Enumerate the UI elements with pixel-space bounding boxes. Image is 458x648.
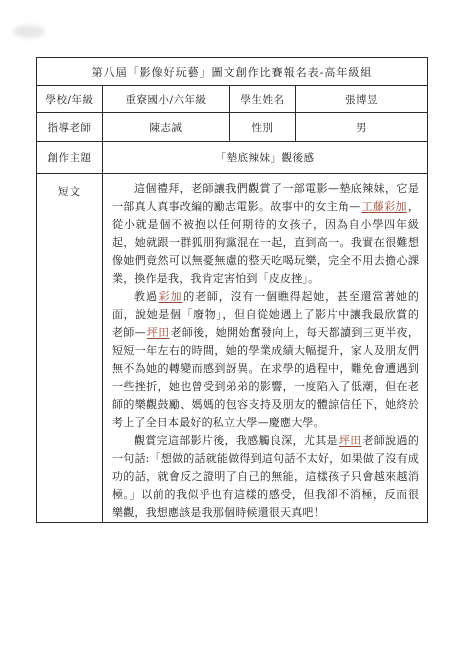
label-advisor-teacher: 指導老師: [37, 113, 103, 142]
form-title: 第八屆「影像好玩藝」圖文創作比賽報名表-高年級組: [37, 58, 428, 86]
scan-artifact-smudge: [13, 25, 45, 38]
label-school-grade: 學校/年級: [37, 86, 103, 113]
essay-text-area: 這個禮拜，老師讓我們觀賞了一部電影—墊底辣妹，它是一部真人真事改編的勵志電影。故…: [103, 174, 428, 523]
highlighted-name: 工藤彩加: [361, 200, 408, 213]
highlighted-name: 坪田: [146, 326, 171, 339]
essay-paragraph: 這個禮拜，老師讓我們觀賞了一部電影—墊底辣妹，它是一部真人真事改編的勵志電影。故…: [112, 180, 419, 288]
label-student-name: 學生姓名: [230, 86, 296, 113]
label-essay: 短文: [37, 174, 103, 523]
value-creation-theme: 「墊底辣妹」觀後感: [103, 142, 428, 174]
essay-text-segment: 教過: [134, 290, 158, 303]
value-student-name: 張博昱: [296, 86, 428, 113]
highlighted-name: 彩加: [158, 290, 184, 303]
title-row: 第八屆「影像好玩藝」圖文創作比賽報名表-高年級組: [37, 58, 428, 86]
essay-row: 短文 這個禮拜，老師讓我們觀賞了一部電影—墊底辣妹，它是一部真人真事改編的勵志電…: [37, 174, 428, 523]
highlighted-name: 坪田: [338, 434, 363, 447]
essay-text-segment: 老師後，她開始奮發向上，每天都讀到三更半夜，短短一年左右的時間，她的學業成績大幅…: [112, 326, 419, 429]
essay-paragraph: 觀賞完這部影片後，我感觸良深，尤其是坪田老師說過的一句話:「想做的話就能做得到這…: [112, 432, 419, 522]
creation-theme-row: 創作主題 「墊底辣妹」觀後感: [37, 142, 428, 174]
teacher-gender-row: 指導老師 陳志誠 性別 男: [37, 113, 428, 142]
label-creation-theme: 創作主題: [37, 142, 103, 174]
essay-paragraph: 教過彩加的老師，沒有一個瞧得起她，甚至還當著她的面，說她是個「廢物」，但自從她遇…: [112, 288, 419, 432]
competition-entry-form-table: 第八屆「影像好玩藝」圖文創作比賽報名表-高年級組 學校/年級 重寮國小/六年級 …: [36, 57, 428, 523]
value-gender: 男: [296, 113, 428, 142]
label-gender: 性別: [230, 113, 296, 142]
essay-text-segment: 觀賞完這部影片後，我感觸良深，尤其是: [134, 434, 338, 447]
value-school-grade: 重寮國小/六年級: [103, 86, 230, 113]
school-student-row: 學校/年級 重寮國小/六年級 學生姓名 張博昱: [37, 86, 428, 113]
value-advisor-teacher: 陳志誠: [103, 113, 230, 142]
